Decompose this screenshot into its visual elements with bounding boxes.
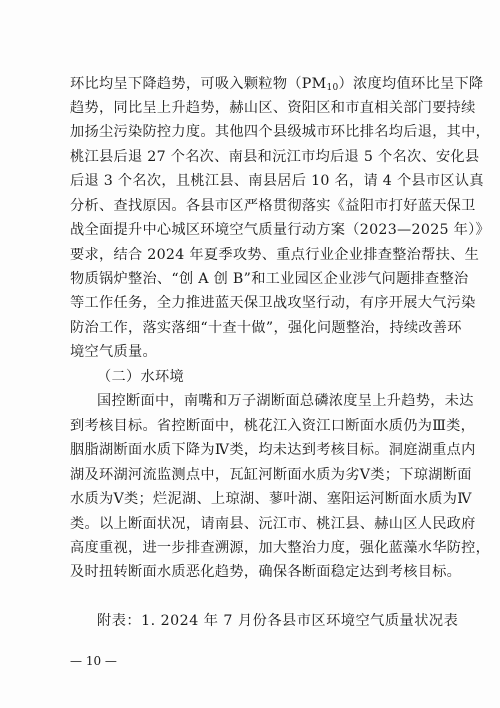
paragraph-air-line-9: 物质锅炉整治、“创 A 创 B”和工业园区企业涉气问题排查整治 xyxy=(70,267,436,291)
paragraph-water-line-2: 到考核目标。省控断面中，桃花江入资江口断面水质仍为Ⅲ类， xyxy=(70,414,436,438)
appendix-line: 附表：1. 2024 年 7 月份各县市区环境空气质量状况表 xyxy=(97,609,458,633)
document-page: 环比均呈下降趋势，可吸入颗粒物（PM10）浓度均值环比呈下降 趋势，同比呈上升趋… xyxy=(0,0,500,708)
paragraph-air-line-2: 趋势，同比呈上升趋势，赫山区、资阳区和市直相关部门要持续 xyxy=(70,96,436,120)
paragraph-air-line-6: 分析、查找原因。各县市区严格贯彻落实《益阳市打好蓝天保卫 xyxy=(70,194,436,218)
paragraph-water-line-7: 高度重视，进一步排查溯源，加大整治力度，强化蓝藻水华防控， xyxy=(70,536,436,560)
paragraph-air-line-7: 战全面提升中心城区环境空气质量行动方案（2023—2025 年）》 xyxy=(70,218,436,242)
pm-subscript: 10 xyxy=(326,83,338,93)
paragraph-water-line-6: 类。以上断面状况，请南县、沅江市、桃江县、赫山区人民政府 xyxy=(70,512,436,536)
paragraph-air-line-10: 等工作任务，全力推进蓝天保卫战攻坚行动，有序开展大气污染 xyxy=(70,291,436,315)
paragraph-water-line-5: 水质为Ⅴ类；烂泥湖、上琼湖、蓼叶湖、塞阳运河断面水质为Ⅳ xyxy=(70,487,436,511)
paragraph-water-line-8: 及时扭转断面水质恶化趋势，确保各断面稳定达到考核目标。 xyxy=(70,560,436,584)
paragraph-water-line-3: 胭脂湖断面水质下降为Ⅳ类，均未达到考核目标。洞庭湖重点内 xyxy=(70,438,436,462)
paragraph-air-line-12: 境空气质量。 xyxy=(70,340,436,364)
paragraph-air-line-8: 要求，结合 2024 年夏季攻势、重点行业企业排查整治帮扶、生 xyxy=(70,243,436,267)
paragraph-water-line-1: 国控断面中，南嘴和万子湖断面总磷浓度呈上升趋势，未达 xyxy=(97,389,436,413)
section-heading-water: （二）水环境 xyxy=(97,365,184,389)
paragraph-air-line-11: 防治工作，落实落细“十查十做”，强化问题整治，持续改善环 xyxy=(70,316,436,340)
pm-text-suffix: ）浓度均值环比呈下降 xyxy=(339,76,484,92)
paragraph-water-line-4: 湖及环湖河流监测点中，瓦缸河断面水质为劣Ⅴ类；下琼湖断面 xyxy=(70,463,436,487)
paragraph-air-line-3: 加扬尘污染防控力度。其他四个县级城市环比排名均后退，其中， xyxy=(70,120,436,144)
paragraph-air-line-5: 后退 3 个名次，且桃江县、南县居后 10 名，请 4 个县市区认真 xyxy=(70,169,436,193)
page-number: — 10 — xyxy=(70,651,117,671)
paragraph-air-line-4: 桃江县后退 27 个名次、南县和沅江市均后退 5 个名次、安化县 xyxy=(70,145,436,169)
paragraph-air-line-1: 环比均呈下降趋势，可吸入颗粒物（PM10）浓度均值环比呈下降 xyxy=(70,72,436,96)
pm-text-prefix: 环比均呈下降趋势，可吸入颗粒物（PM xyxy=(70,76,326,92)
